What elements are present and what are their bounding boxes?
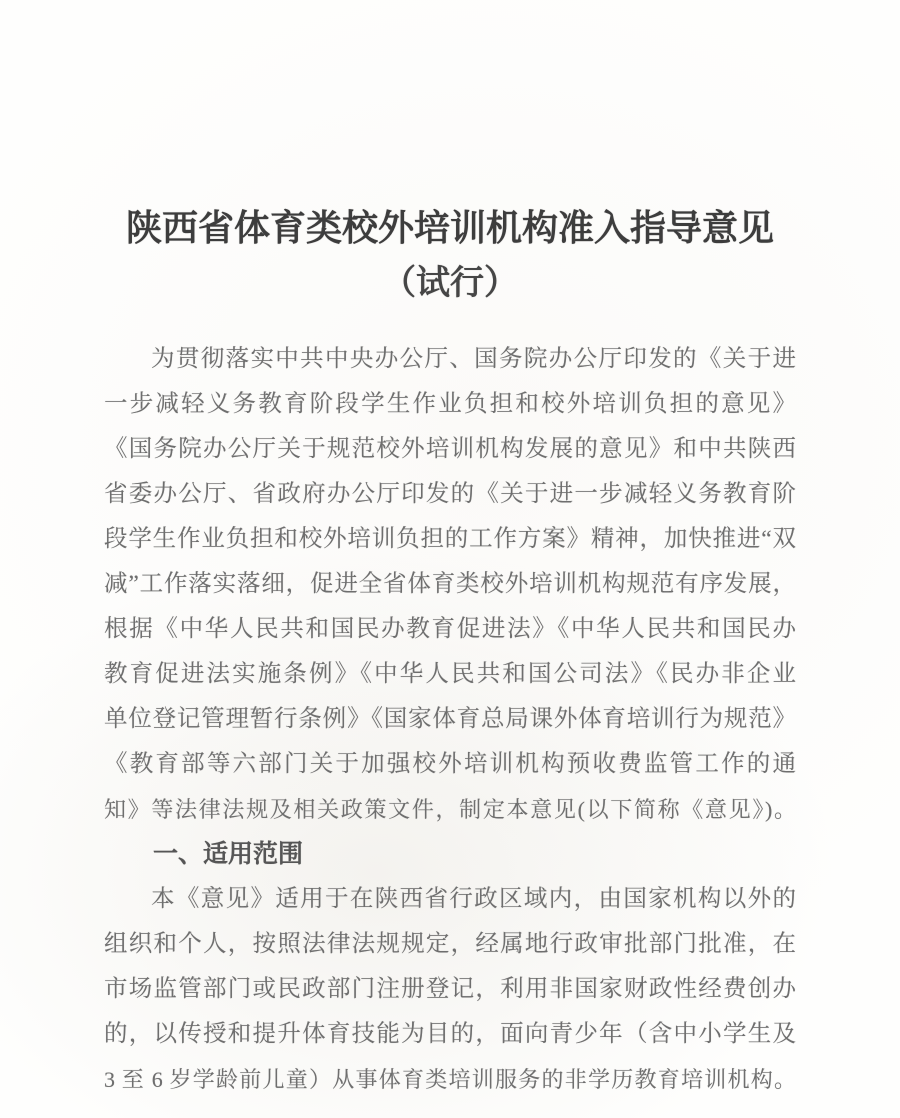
section-1-body-line: 3 至 6 岁学龄前儿童）从事体育类培训服务的非学历教育培训机构。 — [104, 1057, 796, 1102]
document-title: 陕西省体育类校外培训机构准入指导意见 — [0, 200, 900, 256]
intro-paragraph-line: 单位登记管理暂行条例》《国家体育总局课外体育培训行为规范》 — [104, 697, 796, 742]
intro-paragraph-line: 《国务院办公厅关于规范校外培训机构发展的意见》和中共陕西 — [104, 427, 796, 472]
section-1-body-line: 组织和个人，按照法律法规规定，经属地行政审批部门批准，在 — [104, 922, 796, 967]
intro-paragraph-line: 一步减轻义务教育阶段学生作业负担和校外培训负担的意见》 — [104, 382, 796, 427]
intro-paragraph-line: 为贯彻落实中共中央办公厅、国务院办公厅印发的《关于进 — [104, 337, 796, 382]
intro-paragraph-line: 段学生作业负担和校外培训负担的工作方案》精神，加快推进“双 — [104, 517, 796, 562]
section-1-heading: 一、适用范围 — [104, 832, 796, 877]
intro-paragraph-line: 教育促进法实施条例》《中华人民共和国公司法》《民办非企业 — [104, 652, 796, 697]
document-subtitle: （试行） — [0, 258, 900, 310]
intro-paragraph-line: 省委办公厅、省政府办公厅印发的《关于进一步减轻义务教育阶 — [104, 472, 796, 517]
intro-paragraph-line: 知》等法律法规及相关政策文件，制定本意见(以下简称《意见》)。 — [104, 787, 796, 832]
scanned-document-page: 陕西省体育类校外培训机构准入指导意见 （试行） 为贯彻落实中共中央办公厅、国务院… — [0, 0, 900, 1118]
intro-paragraph-line: 减”工作落实落细，促进全省体育类校外培训机构规范有序发展， — [104, 562, 796, 607]
section-1-body-line: 的，以传授和提升体育技能为目的，面向青少年（含中小学生及 — [104, 1012, 796, 1057]
intro-paragraph-line: 根据《中华人民共和国民办教育促进法》《中华人民共和国民办 — [104, 607, 796, 652]
section-1-body-line: 本《意见》适用于在陕西省行政区域内，由国家机构以外的 — [104, 877, 796, 922]
document-body: 为贯彻落实中共中央办公厅、国务院办公厅印发的《关于进 一步减轻义务教育阶段学生作… — [104, 337, 796, 1102]
intro-paragraph-line: 《教育部等六部门关于加强校外培训机构预收费监管工作的通 — [104, 742, 796, 787]
section-1-body-line: 市场监管部门或民政部门注册登记，利用非国家财政性经费创办 — [104, 967, 796, 1012]
